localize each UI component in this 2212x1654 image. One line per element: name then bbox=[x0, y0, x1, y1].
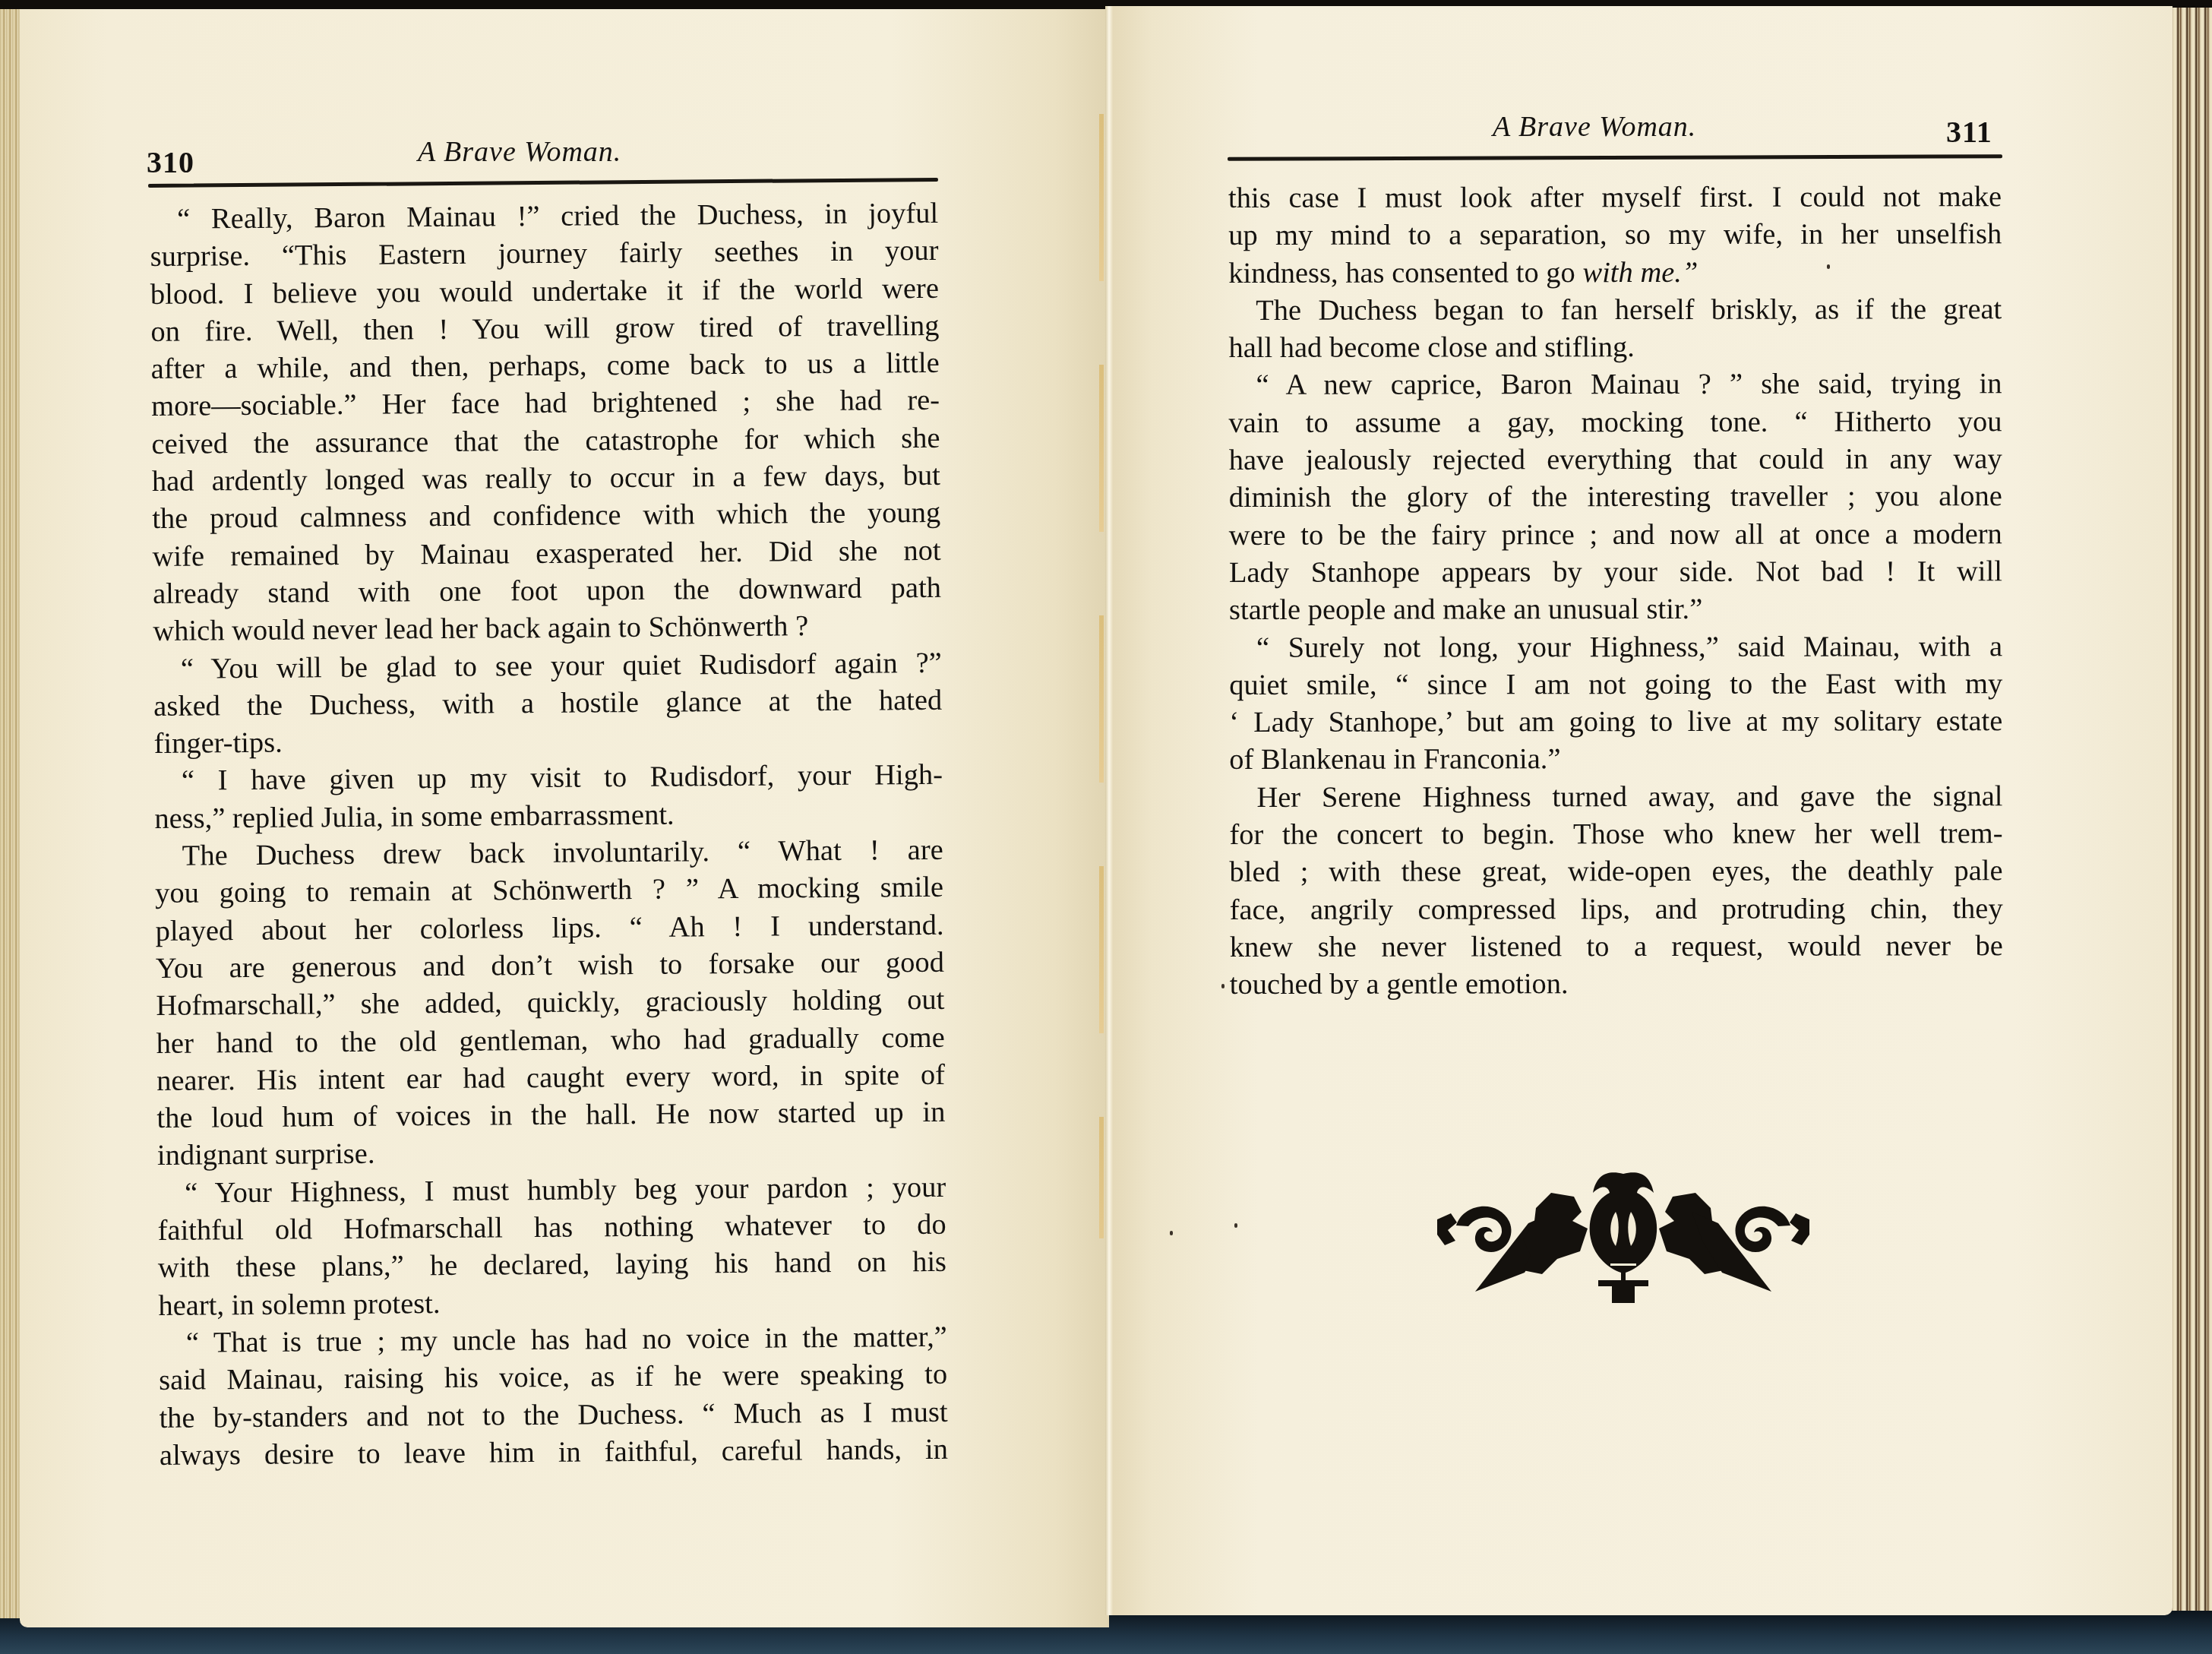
text-line: already stand with one foot upon the dow… bbox=[153, 570, 941, 613]
text-line: “ I have given up my visit to Rudisdorf,… bbox=[154, 757, 943, 800]
paper-speck bbox=[1221, 984, 1224, 988]
text-line: quiet smile, “ since I am not going to t… bbox=[1229, 666, 2002, 704]
text-line: kindness, has consented to go with me.” bbox=[1228, 254, 2002, 293]
text-line: ‘ Lady Stanhope,’ but am going to live a… bbox=[1229, 703, 2002, 742]
text-line: bled ; with these great, wide-open eyes,… bbox=[1230, 853, 2003, 892]
text-line: “ That is true ; my uncle has had no voi… bbox=[159, 1319, 947, 1362]
right-page-body: this case I must look after myself first… bbox=[1228, 179, 2003, 1004]
paper-speck bbox=[1827, 264, 1830, 269]
text-line: The Duchess began to fan herself briskly… bbox=[1228, 291, 2002, 330]
left-running-title: A Brave Woman. bbox=[418, 135, 621, 169]
text-line: on fire. Well, then ! You will grow tire… bbox=[150, 308, 939, 351]
text-line: faithful old Hofmarschall has nothing wh… bbox=[157, 1207, 946, 1250]
text-line: had ardently longed was really to occur … bbox=[152, 457, 940, 501]
text-line: blood. I believe you would undertake it … bbox=[150, 270, 939, 313]
text-line: “ Really, Baron Mainau !” cried the Duch… bbox=[150, 195, 938, 239]
text-line: ness,” replied Julia, in some embarrassm… bbox=[154, 795, 943, 838]
text-line: You are generous and don’t wish to forsa… bbox=[156, 944, 944, 988]
right-running-title: A Brave Woman. bbox=[1493, 110, 1696, 144]
text-line: hall had become close and stifling. bbox=[1228, 328, 2002, 367]
text-line: surprise. “This Eastern journey fairly s… bbox=[150, 232, 938, 276]
text-line: more—sociable.” Her face had brightened … bbox=[151, 382, 940, 425]
left-page-number: 310 bbox=[147, 144, 194, 180]
text-line: Lady Stanhope appears by your side. Not … bbox=[1229, 553, 2002, 592]
text-line: up my mind to a separation, so my wife, … bbox=[1228, 217, 2002, 255]
text-line: the by-standers and not to the Duchess. … bbox=[159, 1393, 947, 1437]
book-gutter bbox=[1105, 6, 1113, 1615]
paper-speck bbox=[1170, 1231, 1173, 1235]
text-line: have jealously rejected everything that … bbox=[1229, 441, 2002, 479]
text-line: knew she never listened to a request, wo… bbox=[1230, 928, 2003, 966]
text-line: Hofmarschall,” she added, quickly, graci… bbox=[156, 982, 944, 1025]
text-line: said Mainau, raising his voice, as if he… bbox=[159, 1356, 947, 1399]
text-line: for the concert to begin. Those who knew… bbox=[1229, 815, 2002, 854]
text-line: “ You will be glad to see your quiet Rud… bbox=[153, 644, 942, 688]
text-line: this case I must look after myself first… bbox=[1228, 179, 2002, 217]
text-line: asked the Duchess, with a hostile glance… bbox=[153, 682, 942, 726]
text-line: diminish the glory of the interesting tr… bbox=[1229, 479, 2002, 517]
text-line: nearer. His intent ear had caught every … bbox=[156, 1057, 945, 1100]
text-line: touched by a gentle emotion. bbox=[1230, 965, 2003, 1004]
text-line: played about her colorless lips. “ Ah ! … bbox=[155, 906, 943, 950]
text-line: the loud hum of voices in the hall. He n… bbox=[156, 1094, 945, 1137]
text-line: finger-tips. bbox=[153, 719, 942, 763]
italic-emphasis: with me.” bbox=[1582, 257, 1698, 289]
text-line: which would never lead her back again to… bbox=[153, 607, 941, 650]
right-page-stack-edge bbox=[2171, 8, 2212, 1611]
text-line: indignant surprise. bbox=[157, 1131, 946, 1175]
text-line: after a while, and then, perhaps, come b… bbox=[151, 345, 940, 388]
left-page-body: “ Really, Baron Mainau !” cried the Duch… bbox=[150, 195, 948, 1475]
text-line: vain to assume a gay, mocking tone. “ Hi… bbox=[1229, 403, 2002, 442]
text-line: with these plans,” he declared, laying h… bbox=[158, 1244, 946, 1287]
text-line: were to be the fairy prince ; and now al… bbox=[1229, 516, 2002, 555]
text-line: face, angrily compressed lips, and protr… bbox=[1230, 890, 2003, 929]
binding-thread bbox=[1099, 84, 1104, 1238]
text-line: her hand to the old gentleman, who had g… bbox=[156, 1019, 945, 1062]
text-line: “ A new caprice, Baron Mainau ? ” she sa… bbox=[1228, 366, 2002, 405]
text-line: Her Serene Highness turned away, and gav… bbox=[1229, 778, 2002, 817]
right-page-number: 311 bbox=[1946, 114, 1992, 150]
text-line: always desire to leave him in faithful, … bbox=[160, 1431, 948, 1475]
text-line: the proud calmness and confidence with w… bbox=[152, 495, 940, 538]
text-line: “ Your Highness, I must humbly beg your … bbox=[157, 1169, 946, 1213]
text-line: heart, in solemn protest. bbox=[158, 1281, 946, 1324]
winged-dragons-and-urn-tailpiece-icon bbox=[1422, 1166, 1825, 1303]
text-line: of Blankenau in Franconia.” bbox=[1229, 741, 2002, 780]
text-line: you going to remain at Schönwerth ? ” A … bbox=[155, 869, 943, 912]
text-line: “ Surely not long, your Highness,” said … bbox=[1229, 628, 2002, 667]
text-line: wife remained by Mainau exasperated her.… bbox=[152, 533, 940, 576]
text-line: ceived the assurance that the catastroph… bbox=[151, 420, 940, 463]
paper-speck bbox=[1234, 1223, 1237, 1228]
text-line: startle people and make an unusual stir.… bbox=[1229, 590, 2002, 629]
text-line: The Duchess drew back involuntarily. “ W… bbox=[155, 832, 943, 875]
